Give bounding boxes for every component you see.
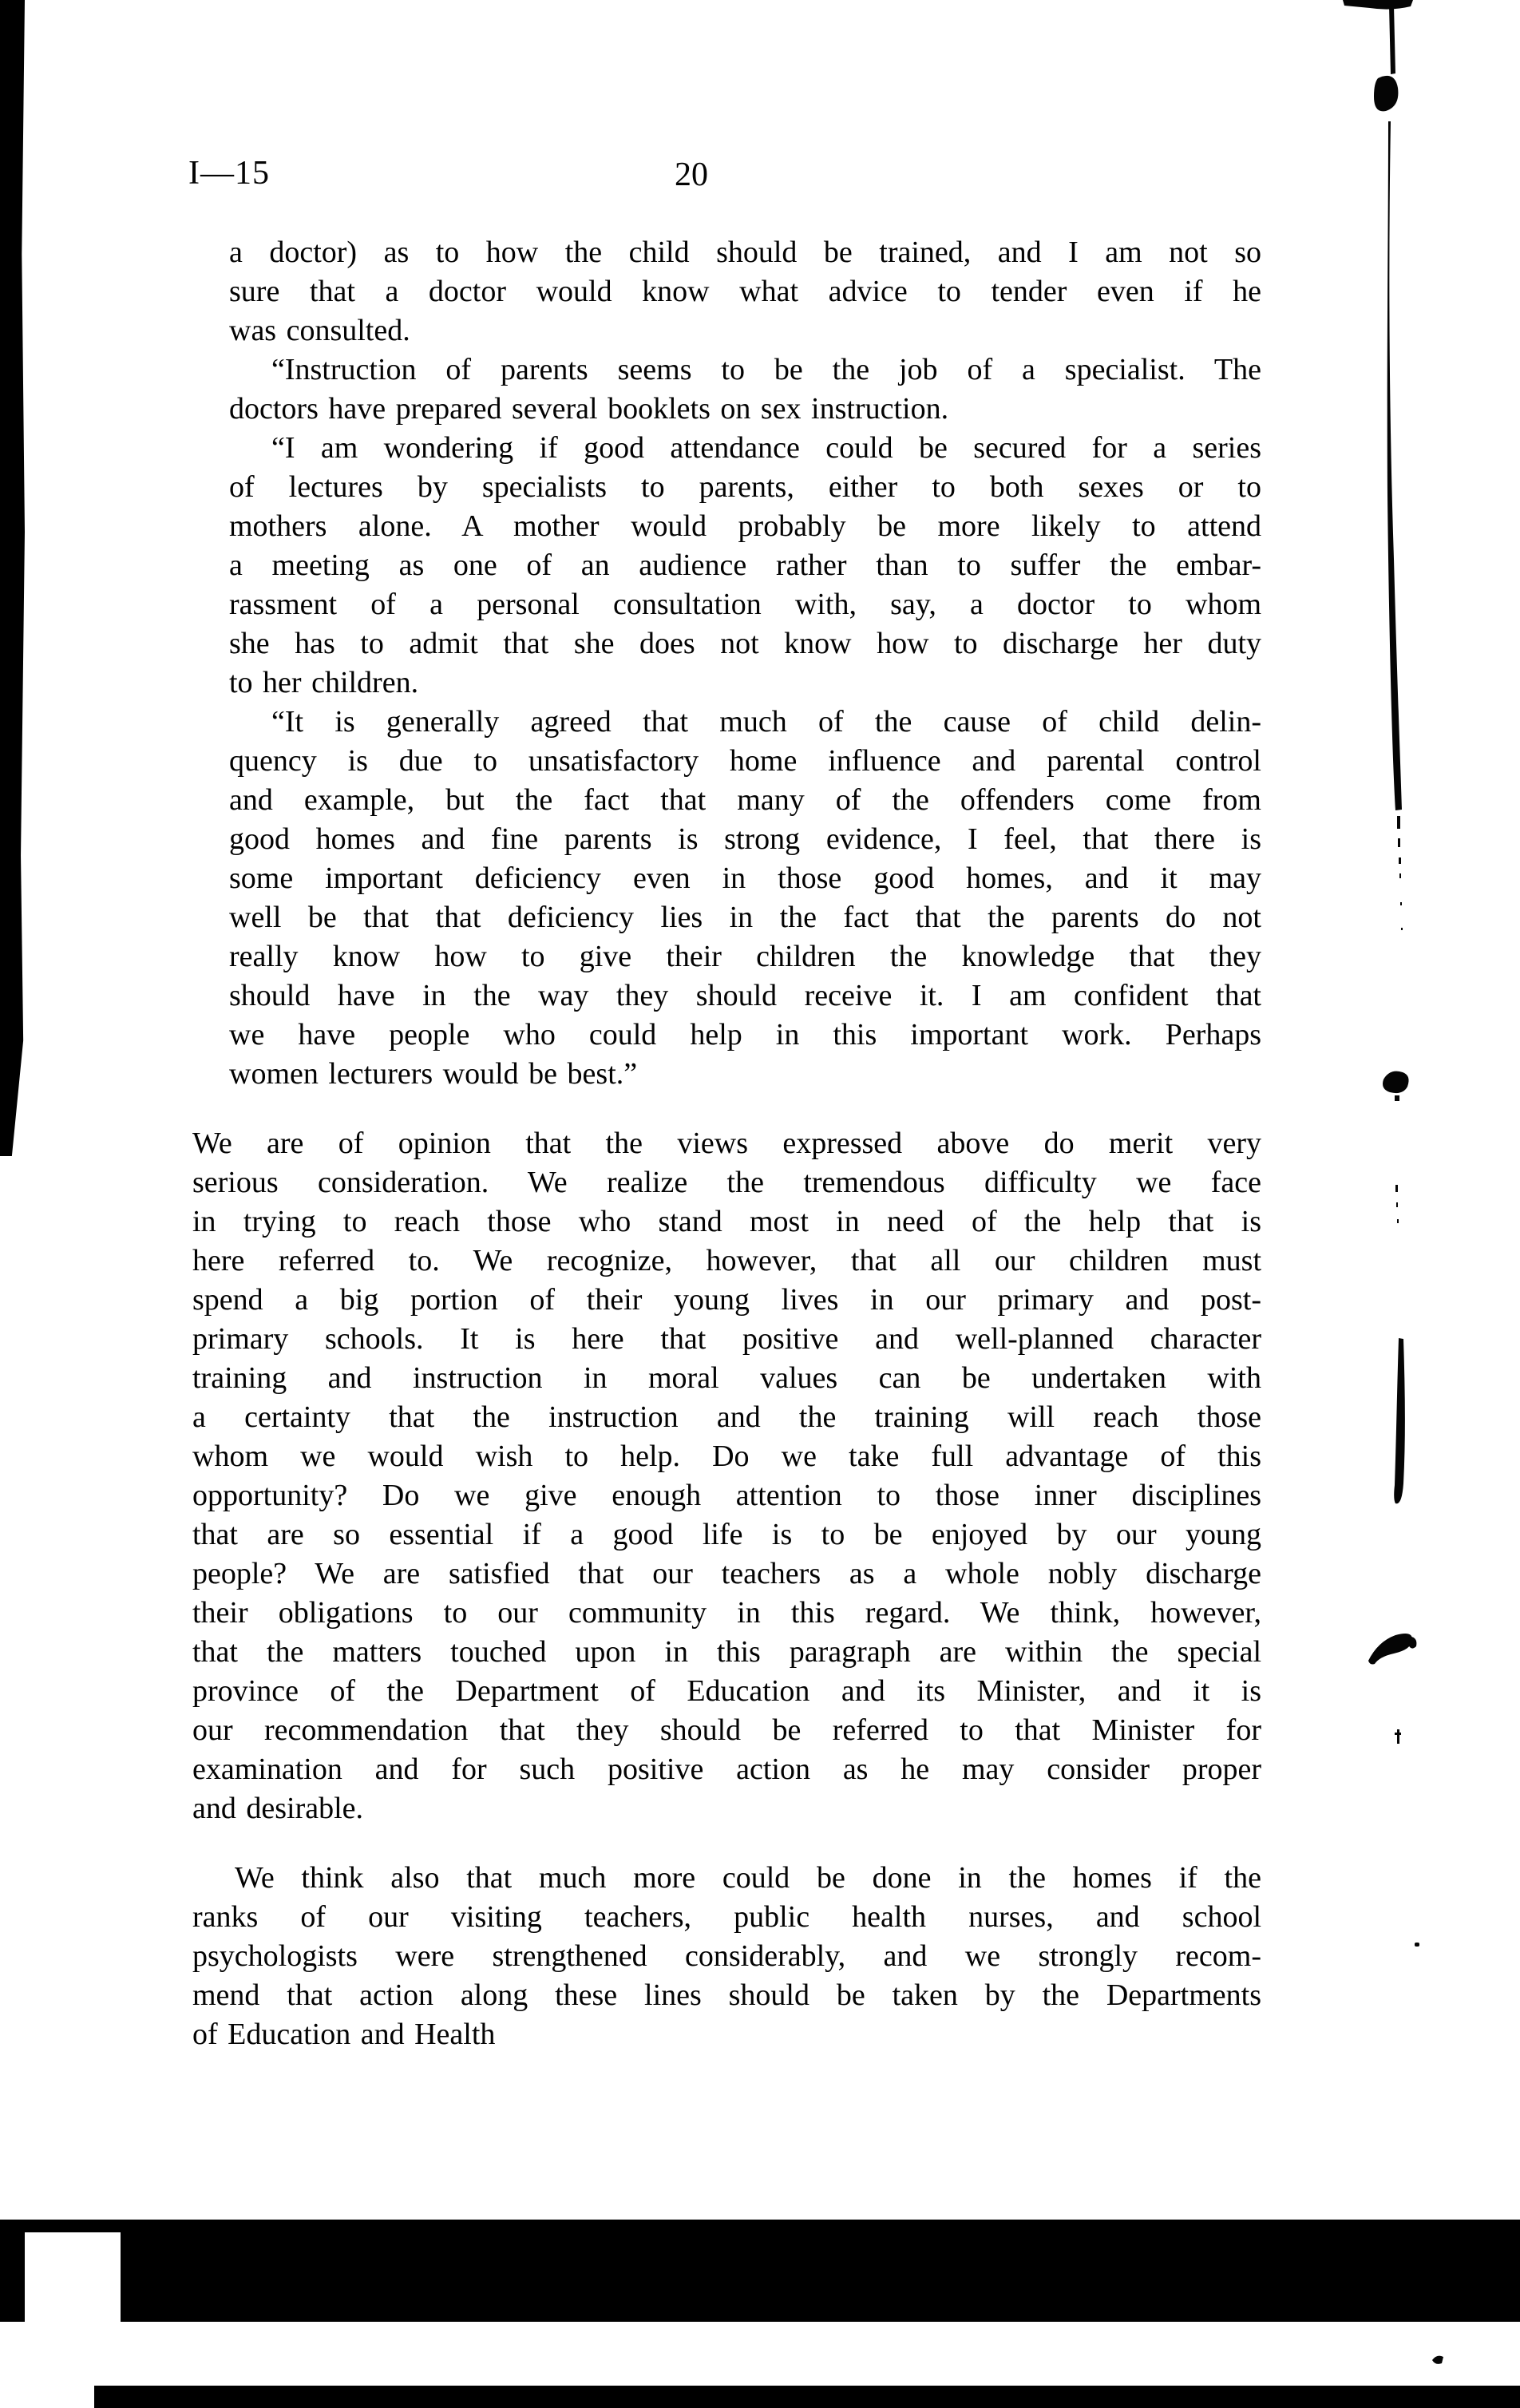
right-ink-dash	[1399, 857, 1401, 864]
text-line: ranks of our visiting teachers, public h…	[192, 1898, 1261, 1937]
page-text: a doctor) as to how the child should be …	[192, 233, 1261, 2054]
page-number: 20	[675, 156, 708, 193]
right-ink-f-speck-bar	[1395, 1733, 1401, 1735]
right-ink-line-lower	[1394, 1338, 1405, 1503]
right-ink-dot	[1415, 1943, 1419, 1947]
text-line: mend that action along these lines shoul…	[192, 1976, 1261, 2015]
right-ink-f-speck	[1397, 1729, 1399, 1744]
right-ink-swoosh-speck	[1408, 1637, 1416, 1649]
text-line: should have in the way they should recei…	[229, 976, 1261, 1016]
text-line: good homes and fine parents is strong ev…	[229, 820, 1261, 859]
text-line: she has to admit that she does not know …	[229, 624, 1261, 663]
right-ink-dash	[1401, 928, 1403, 930]
bottom-right-ink-speck	[1432, 2356, 1443, 2364]
text-line: sure that a doctor would know what advic…	[229, 272, 1261, 311]
text-line: serious consideration. We realize the tr…	[192, 1163, 1261, 1202]
text-line: psychologists were strengthened consider…	[192, 1937, 1261, 1976]
right-ink-long-line	[1387, 121, 1402, 810]
text-line: “It is generally agreed that much of the…	[229, 703, 1261, 742]
right-ink-blob	[1383, 1071, 1409, 1093]
text-line: well be that that deficiency lies in the…	[229, 898, 1261, 937]
bottom-scan-band	[0, 2220, 1520, 2322]
text-line: examination and for such positive action…	[192, 1750, 1261, 1789]
text-line: province of the Department of Education …	[192, 1672, 1261, 1711]
text-line: We are of opinion that the views express…	[192, 1124, 1261, 1163]
paragraph-quote-delinquency: “It is generally agreed that much of the…	[229, 703, 1261, 1094]
text-line: quency is due to unsatisfactory home inf…	[229, 742, 1261, 781]
text-line: our recommendation that they should be r…	[192, 1711, 1261, 1750]
text-line: of lectures by specialists to parents, e…	[229, 468, 1261, 507]
right-ink-speck	[1396, 1202, 1398, 1207]
text-line: opportunity? Do we give enough attention…	[192, 1476, 1261, 1515]
right-ink-blob-tail	[1395, 1095, 1399, 1101]
text-line: “Instruction of parents seems to be the …	[229, 351, 1261, 390]
paragraph-body-opinion: We are of opinion that the views express…	[192, 1124, 1261, 1828]
paragraph-quote-instruction: “Instruction of parents seems to be the …	[229, 351, 1261, 429]
text-line: their obligations to our community in th…	[192, 1594, 1261, 1633]
right-ink-swoosh-blob	[1368, 1634, 1412, 1665]
text-line: rassment of a personal consultation with…	[229, 585, 1261, 624]
text-line: really know how to give their children t…	[229, 937, 1261, 976]
right-ink-dash	[1399, 873, 1401, 878]
text-line: people? We are satisfied that our teache…	[192, 1555, 1261, 1594]
text-line: training and instruction in moral values…	[192, 1359, 1261, 1398]
text-line: and desirable.	[192, 1789, 1261, 1828]
paragraph-quote-continuation: a doctor) as to how the child should be …	[229, 233, 1261, 351]
right-ink-speck	[1395, 1185, 1398, 1192]
left-edge-scan-band	[0, 0, 25, 1156]
text-line: women lecturers would be best.”	[229, 1055, 1261, 1094]
paragraph-quote-wondering: “I am wondering if good attendance could…	[229, 429, 1261, 703]
right-ink-speck	[1397, 1219, 1399, 1223]
right-ink-comma-blob	[1374, 76, 1398, 112]
text-line: some important deficiency even in those …	[229, 859, 1261, 898]
text-line: primary schools. It is here that positiv…	[192, 1320, 1261, 1359]
text-line: a doctor) as to how the child should be …	[229, 233, 1261, 272]
right-ink-dash	[1400, 902, 1402, 905]
text-line: to her children.	[229, 663, 1261, 703]
section-label: I—15	[188, 155, 270, 192]
text-line: that the matters touched upon in this pa…	[192, 1633, 1261, 1672]
text-line: We think also that much more could be do…	[192, 1859, 1261, 1898]
text-line: was consulted.	[229, 311, 1261, 351]
right-ink-line-upper	[1389, 6, 1395, 74]
right-ink-dash	[1397, 816, 1400, 829]
text-line: doctors have prepared several booklets o…	[229, 390, 1261, 429]
bottom-edge-scan-bar	[94, 2386, 1520, 2408]
scanned-document-page: I—15 20 a doctor) as to how the child sh…	[0, 0, 1520, 2408]
text-line: of Education and Health	[192, 2015, 1261, 2054]
text-line: a certainty that the instruction and the…	[192, 1398, 1261, 1437]
text-line: in trying to reach those who stand most …	[192, 1202, 1261, 1242]
paragraph-body-homes: We think also that much more could be do…	[192, 1859, 1261, 2054]
bottom-scan-band-notch	[25, 2232, 121, 2322]
text-line: and example, but the fact that many of t…	[229, 781, 1261, 820]
top-right-bracket-mark	[1343, 0, 1413, 10]
text-line: whom we would wish to help. Do we take f…	[192, 1437, 1261, 1476]
text-line: a meeting as one of an audience rather t…	[229, 546, 1261, 585]
text-line: we have people who could help in this im…	[229, 1016, 1261, 1055]
right-ink-dash	[1398, 838, 1400, 847]
text-line: here referred to. We recognize, however,…	[192, 1242, 1261, 1281]
text-line: “I am wondering if good attendance could…	[229, 429, 1261, 468]
text-line: spend a big portion of their young lives…	[192, 1281, 1261, 1320]
text-line: that are so essential if a good life is …	[192, 1515, 1261, 1555]
text-line: mothers alone. A mother would probably b…	[229, 507, 1261, 546]
